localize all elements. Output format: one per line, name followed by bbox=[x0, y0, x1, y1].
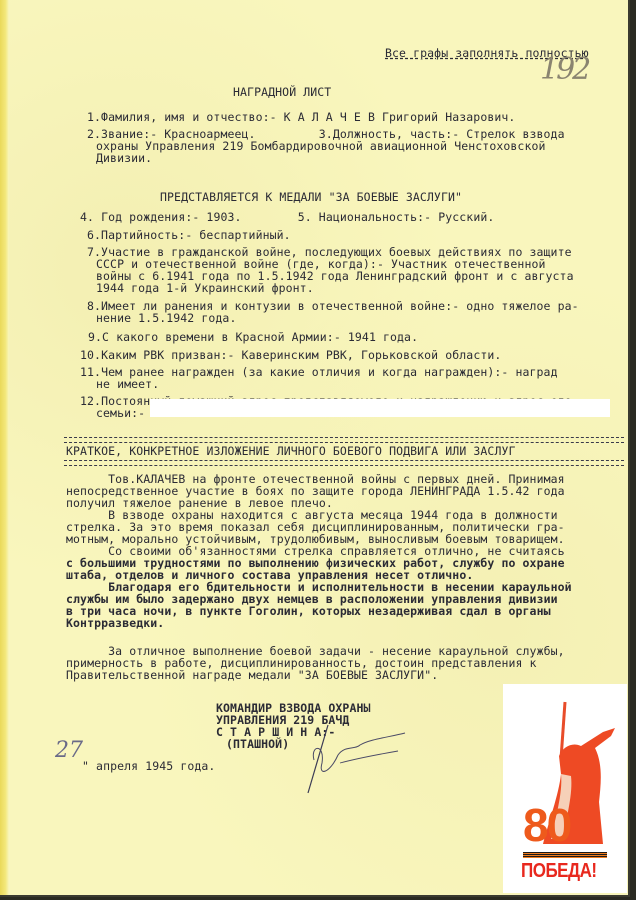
paper-edge bbox=[0, 0, 9, 895]
field-2-rank-line2: охраны Управления 219 Бомбардировочной а… bbox=[96, 140, 546, 152]
redacted-address bbox=[150, 399, 610, 417]
text-line: Правительственной награде медали "ЗА БОЕ… bbox=[66, 669, 438, 681]
field-11-line2: не имеет. bbox=[96, 378, 159, 390]
handwritten-sheet-number: 192 bbox=[540, 52, 588, 87]
award-heading: ПРЕДСТАВЛЯЕТСЯ К МЕДАЛИ "ЗА БОЕВЫЕ ЗАСЛУ… bbox=[160, 191, 462, 203]
signature-name: (ПТАШНОЙ) bbox=[226, 738, 289, 750]
field-9-army-since: 9.С какого времени в Красной Армии:- 194… bbox=[88, 331, 418, 343]
victory-80-logo: 80 ПОБЕДА! bbox=[503, 684, 627, 893]
separator-top bbox=[64, 437, 624, 443]
feat-heading: КРАТКОЕ, КОНКРЕТНОЕ ИЗЛОЖЕНИЕ ЛИЧНОГО БО… bbox=[66, 445, 516, 457]
st-george-ribbon bbox=[523, 852, 607, 858]
field-10-recruitment: 10.Каким РВК призван:- Каверинским РВК, … bbox=[80, 349, 501, 361]
field-8-line2: нение 1.5.1942 года. bbox=[96, 312, 236, 324]
handwritten-day: 27 bbox=[55, 738, 83, 763]
field-4-birth-year: 4. Год рождения:- 1903. 5. Национальност… bbox=[80, 211, 494, 223]
field-6-party: 6.Партийность:- беспартийный. bbox=[87, 229, 291, 241]
logo-number: 80 bbox=[523, 802, 570, 848]
field-12-line2: семьи:- bbox=[96, 407, 145, 419]
handwritten-signature bbox=[300, 715, 410, 795]
field-7-line4: 1944 года 1-й Украинский фронт. bbox=[96, 282, 314, 294]
field-2-rank-line3: Дивизии. bbox=[96, 152, 152, 164]
field-1-name: 1.Фамилия, имя и отчество:- К А Л А Ч Е … bbox=[87, 111, 515, 123]
text-line: Контрразведки. bbox=[66, 617, 164, 629]
logo-text: ПОБЕДА! bbox=[521, 860, 597, 882]
signature-date: " апреля 1945 года. bbox=[82, 760, 215, 772]
separator-bottom bbox=[64, 460, 624, 466]
award-sheet-page: Все графы заполнять полностью 192 НАГРАД… bbox=[0, 0, 630, 897]
document-title: НАГРАДНОЙ ЛИСТ bbox=[233, 86, 331, 98]
